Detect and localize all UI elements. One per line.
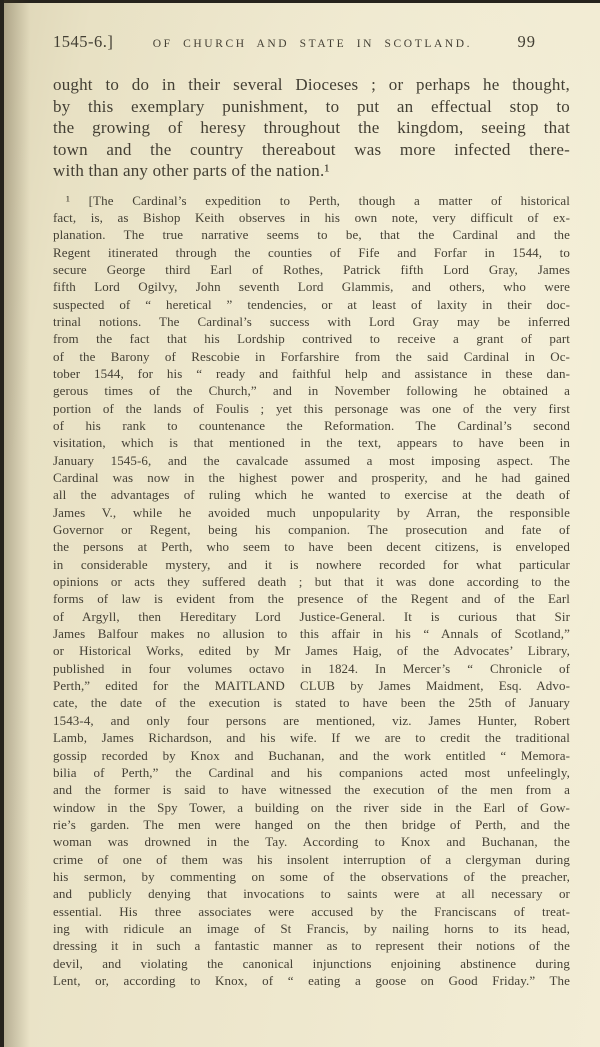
footnote-line: all the advantages of ruling which he wa… <box>53 486 570 503</box>
footnote-line: fifth Lord Ogilvy, John seventh Lord Gla… <box>53 278 570 295</box>
scanned-book-page: 1545-6.] OF CHURCH AND STATE IN SCOTLAND… <box>0 0 600 1047</box>
footnote-line: ing with ridicule an image of St Francis… <box>53 920 570 937</box>
footnote-line: 1543-4, and only four persons are mentio… <box>53 712 570 729</box>
footnote-line: bilia of Perth,” the Cardinal and his co… <box>53 764 570 781</box>
footnote-line: his sermon, by commenting on some of the… <box>53 868 570 885</box>
footnote-line: of Argyll, then Hereditary Lord Justice-… <box>53 608 570 625</box>
footnote-line: and the former is said to have witnessed… <box>53 781 570 798</box>
footnote-line: crime of one of them was his insolent in… <box>53 851 570 868</box>
footnote-line: of the Barony of Rescobie in Forfarshire… <box>53 348 570 365</box>
paragraph-line: by this exemplary punishment, to put an … <box>53 96 570 118</box>
footnote-line: cate, the date of the execution is state… <box>53 694 570 711</box>
footnote-line: gossip recorded by Knox and Buchanan, an… <box>53 747 570 764</box>
header-date-label: 1545-6.] <box>53 32 113 52</box>
footnote-line: ¹ [The Cardinal’s expedition to Perth, t… <box>53 192 570 209</box>
footnote-line: woman was drowned in the Tay. According … <box>53 833 570 850</box>
footnote-line: planation. The true narrative seems to b… <box>53 226 570 243</box>
header-title: OF CHURCH AND STATE IN SCOTLAND. <box>113 38 517 50</box>
paragraph-line: with than any other parts of the nation.… <box>53 160 570 182</box>
paragraph-line: town and the country thereabout was more… <box>53 139 570 161</box>
footnote-line: visitation, which is that mentioned in t… <box>53 434 570 451</box>
footnote-line: of his rank to countenance the Reformati… <box>53 417 570 434</box>
footnote-line: rie’s garden. The men were hanged on the… <box>53 816 570 833</box>
footnote-line: and publicly denying that invocations to… <box>53 885 570 902</box>
footnote-line: Cardinal was now in the highest power an… <box>53 469 570 486</box>
footnote-line: Regent itinerated through the counties o… <box>53 244 570 261</box>
footnote-line: from the fact that his Lordship contrive… <box>53 330 570 347</box>
page-content: 1545-6.] OF CHURCH AND STATE IN SCOTLAND… <box>53 0 570 989</box>
footnote-line: window in the Spy Tower, a building on t… <box>53 799 570 816</box>
running-head: 1545-6.] OF CHURCH AND STATE IN SCOTLAND… <box>53 32 570 52</box>
footnote-line: dressing it in such a fantastic manner a… <box>53 937 570 954</box>
footnote-line: in considerable mystery, and it is nowhe… <box>53 556 570 573</box>
footnote-line: Perth,” edited for the MAITLAND CLUB by … <box>53 677 570 694</box>
footnote-line: fact, is, as Bishop Keith observes in hi… <box>53 209 570 226</box>
footnote-line: gerous times of the Church,” and in Nove… <box>53 382 570 399</box>
footnote-line: portion of the lands of Foulis ; yet thi… <box>53 400 570 417</box>
header-page-number: 99 <box>518 32 537 52</box>
main-paragraph: ought to do in their several Dioceses ; … <box>53 74 570 182</box>
footnote-line: Lent, or, according to Knox, of “ eating… <box>53 972 570 989</box>
footnote-line: devil, and violating the canonical injun… <box>53 955 570 972</box>
footnote-line: Governor or Regent, being his companion.… <box>53 521 570 538</box>
footnote-line: or Historical Works, edited by Mr James … <box>53 642 570 659</box>
footnote-line: suspected of “ heretical ” tendencies, o… <box>53 296 570 313</box>
footnote-line: forms of law is evident from the presenc… <box>53 590 570 607</box>
page-gutter-shadow <box>4 0 30 1047</box>
footnote-line: the persons at Perth, who seem to have b… <box>53 538 570 555</box>
footnote-block: ¹ [The Cardinal’s expedition to Perth, t… <box>53 192 570 990</box>
footnote-line: trinal notions. The Cardinal’s success w… <box>53 313 570 330</box>
footnote-line: Lamb, James Richardson, and his wife. If… <box>53 729 570 746</box>
footnote-line: secure George third Earl of Rothes, Patr… <box>53 261 570 278</box>
footnote-line: tober 1544, for his “ ready and faithful… <box>53 365 570 382</box>
footnote-line: published in four volumes octavo in 1824… <box>53 660 570 677</box>
footnote-line: James V., while he avoided much unpopula… <box>53 504 570 521</box>
footnote-line: essential. His three associates were acc… <box>53 903 570 920</box>
footnote-line: January 1545-6, and the cavalcade assume… <box>53 452 570 469</box>
paragraph-line: ought to do in their several Dioceses ; … <box>53 74 570 96</box>
footnote-line: opinions or acts they suffered death ; b… <box>53 573 570 590</box>
paragraph-line: the growing of heresy throughout the kin… <box>53 117 570 139</box>
footnote-line: James Balfour makes no allusion to this … <box>53 625 570 642</box>
